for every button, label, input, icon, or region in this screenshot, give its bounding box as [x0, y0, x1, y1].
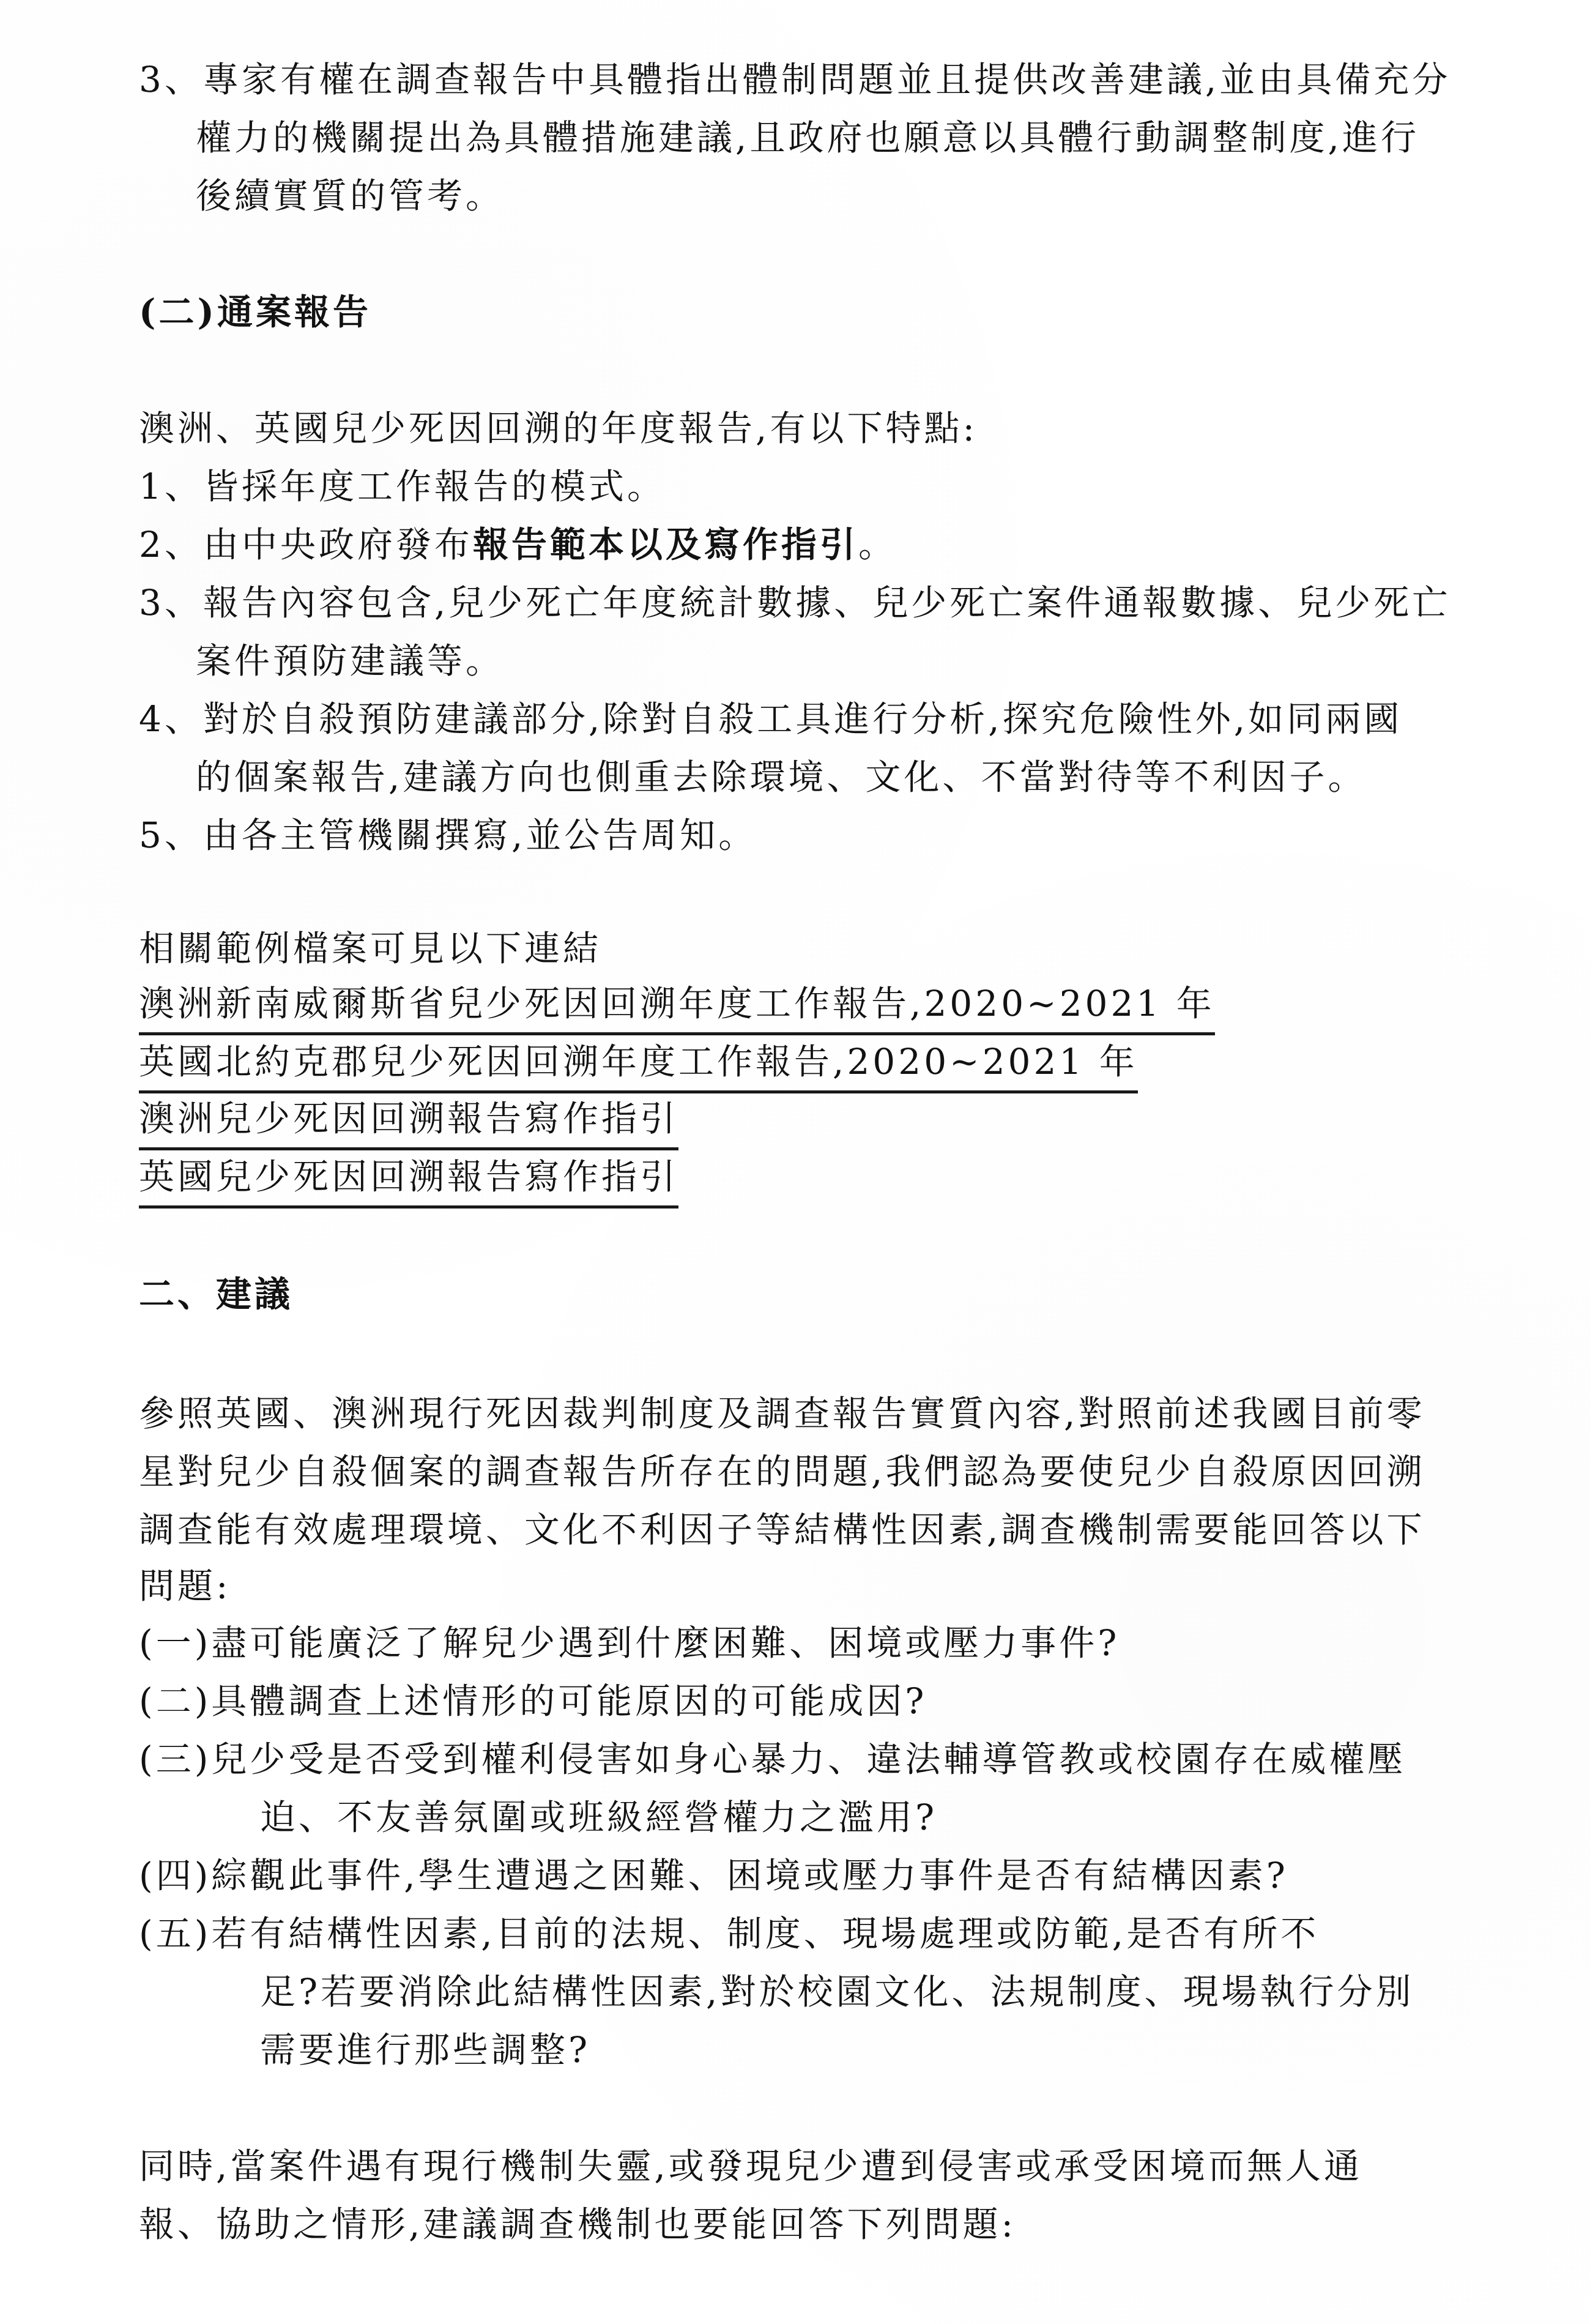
list-item-4-line2: 的個案報告,建議方向也側重去除環境、文化、不當對待等不利因子。: [196, 756, 1366, 799]
closing-para-line2: 報、協助之情形,建議調查機制也要能回答下列問題:: [139, 2203, 1016, 2246]
question-4: (四)綜觀此事件,學生遭遇之困難、困境或壓力事件是否有結構因素?: [139, 1854, 1288, 1897]
suggestion-para-line1: 參照英國、澳洲現行死因裁判制度及調查報告實質內容,對照前述我國目前零: [139, 1392, 1425, 1435]
links-intro: 相關範例檔案可見以下連結: [139, 927, 601, 970]
suggestion-para-line4: 問題:: [139, 1565, 231, 1607]
section-heading-general-report: (二)通案報告: [139, 291, 371, 333]
link-australia-writing-guide-row: 澳洲兒少死因回溯報告寫作指引: [139, 1097, 678, 1150]
question-3-line1: (三)兒少受是否受到權利侵害如身心暴力、違法輔導管教或校園存在威權壓: [139, 1738, 1406, 1781]
scanned-document-page: 3、專家有權在調查報告中具體指出體制問題並且提供改善建議,並由具備充分 權力的機…: [0, 0, 1590, 2324]
list-item-3-line2: 案件預防建議等。: [196, 639, 504, 682]
question-5-line1: (五)若有結構性因素,目前的法規、制度、現場處理或防範,是否有所不: [139, 1912, 1319, 1955]
list-item-2-bold-phrase: 報告範本以及寫作指引: [473, 524, 858, 565]
list-item-4-line1: 4、對於自殺預防建議部分,除對自殺工具進行分析,探究危險性外,如同兩國: [139, 698, 1402, 740]
list-item-1: 1、皆採年度工作報告的模式。: [139, 465, 666, 508]
list-item-2: 2、由中央政府發布報告範本以及寫作指引。: [139, 523, 897, 566]
question-5-line3: 需要進行那些調整?: [260, 2028, 590, 2071]
question-1: (一)盡可能廣泛了解兒少遇到什麼困難、困境或壓力事件?: [139, 1622, 1120, 1664]
suggestion-para-line3: 調查能有效處理環境、文化不利因子等結構性因素,調查機制需要能回答以下: [139, 1508, 1425, 1551]
list-item-3-expert-line3: 後續實質的管考。: [196, 174, 504, 217]
link-north-yorkshire-annual-report-row: 英國北約克郡兒少死因回溯年度工作報告,2020~2021 年: [139, 1040, 1138, 1093]
list-item-3-expert-line1: 3、專家有權在調查報告中具體指出體制問題並且提供改善建議,並由具備充分: [139, 58, 1451, 101]
list-item-3-expert-line2: 權力的機關提出為具體措施建議,且政府也願意以具體行動調整制度,進行: [196, 116, 1419, 159]
question-5-line2: 足?若要消除此結構性因素,對於校園文化、法規制度、現場執行分別: [260, 1970, 1414, 2013]
suggestion-para-line2: 星對兒少自殺個案的調查報告所存在的問題,我們認為要使兒少自殺原因回溯: [139, 1450, 1425, 1493]
closing-para-line1: 同時,當案件遇有現行機制失靈,或發現兒少遭到侵害或承受困境而無人通: [139, 2145, 1362, 2188]
section-heading-suggestion: 二、建議: [139, 1273, 293, 1316]
list-item-2-prefix: 2、由中央政府發布: [139, 524, 473, 565]
link-north-yorkshire-annual-report[interactable]: 英國北約克郡兒少死因回溯年度工作報告,2020~2021 年: [139, 1040, 1138, 1093]
link-nsw-annual-report[interactable]: 澳洲新南威爾斯省兒少死因回溯年度工作報告,2020~2021 年: [139, 982, 1215, 1035]
intro-line: 澳洲、英國兒少死因回溯的年度報告,有以下特點:: [139, 407, 978, 450]
question-3-line2: 迫、不友善氛圍或班級經營權力之濫用?: [260, 1796, 937, 1839]
list-item-2-suffix: 。: [858, 524, 897, 565]
link-uk-writing-guide-row: 英國兒少死因回溯報告寫作指引: [139, 1155, 678, 1209]
list-item-3-line1: 3、報告內容包含,兒少死亡年度統計數據、兒少死亡案件通報數據、兒少死亡: [139, 581, 1451, 624]
list-item-5: 5、由各主管機關撰寫,並公告周知。: [139, 814, 757, 857]
link-nsw-annual-report-row: 澳洲新南威爾斯省兒少死因回溯年度工作報告,2020~2021 年: [139, 982, 1215, 1035]
link-uk-writing-guide[interactable]: 英國兒少死因回溯報告寫作指引: [139, 1155, 678, 1209]
question-2: (二)具體調查上述情形的可能原因的可能成因?: [139, 1680, 927, 1723]
link-australia-writing-guide[interactable]: 澳洲兒少死因回溯報告寫作指引: [139, 1097, 678, 1150]
